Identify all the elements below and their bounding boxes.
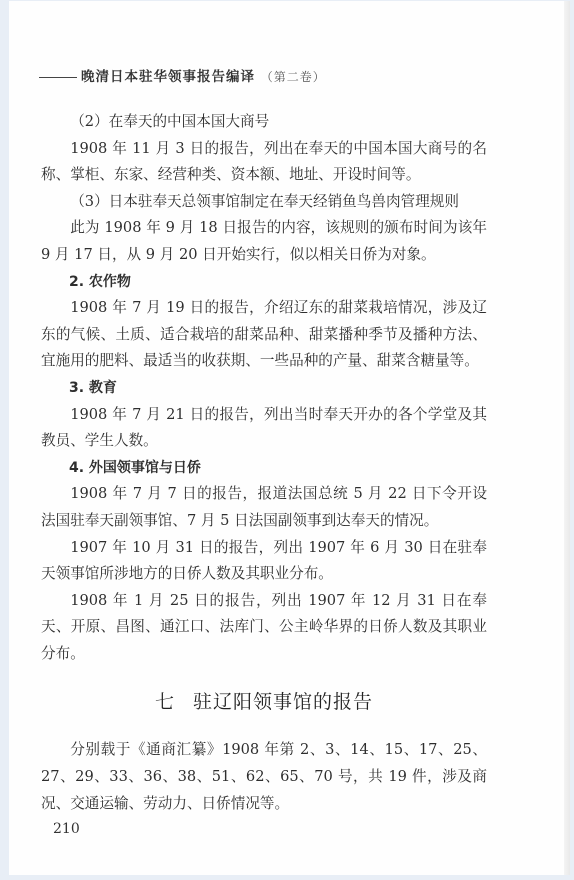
heading-education: 3. 教育 [41, 375, 487, 402]
page-number: 210 [53, 821, 80, 837]
paragraph: 1908 年 1 月 25 日的报告，列出 1907 年 12 月 31 日在奉… [41, 588, 487, 668]
heading-foreign-consulates: 4. 外国领事馆与日侨 [41, 455, 487, 482]
paragraph: 1908 年 7 月 19 日的报告，介绍辽东的甜菜栽培情况，涉及辽东的气候、土… [41, 295, 487, 375]
section-number: 七 [155, 691, 175, 713]
running-head: 晚清日本驻华领事报告编译 （第二卷） [39, 65, 326, 85]
paragraph: 1908 年 7 月 21 日的报告，列出当时奉天开办的各个学堂及其教员、学生人… [41, 402, 487, 455]
paragraph: 此为 1908 年 9 月 18 日报告的内容，该规则的颁布时间为该年 9 月 … [41, 215, 487, 268]
section-title: 七驻辽阳领事馆的报告 [41, 687, 487, 717]
book-page: 晚清日本驻华领事报告编译 （第二卷） （2）在奉天的中国本国大商号 1908 年… [9, 1, 570, 875]
paragraph: 1907 年 10 月 31 日的报告，列出 1907 年 6 月 30 日在驻… [41, 535, 487, 588]
section-title-text: 驻辽阳领事馆的报告 [193, 691, 373, 713]
subhead-2: （2）在奉天的中国本国大商号 [41, 109, 487, 136]
page-edge-shadow [564, 1, 570, 875]
running-head-volume: （第二卷） [261, 70, 326, 84]
paragraph: 分别载于《通商汇纂》1908 年第 2、3、14、15、17、25、27、29、… [41, 737, 487, 817]
paragraph: 1908 年 11 月 3 日的报告，列出在奉天的中国本国大商号的名称、掌柜、东… [41, 136, 487, 189]
heading-crops: 2. 农作物 [41, 269, 487, 296]
paragraph: 1908 年 7 月 7 日的报告，报道法国总统 5 月 22 日下令开设法国驻… [41, 481, 487, 534]
running-head-title: 晚清日本驻华领事报告编译 [81, 69, 255, 85]
subhead-3: （3）日本驻奉天总领事馆制定在奉天经销鱼鸟兽肉管理规则 [41, 189, 487, 216]
running-head-dash [39, 77, 77, 78]
body-text: （2）在奉天的中国本国大商号 1908 年 11 月 3 日的报告，列出在奉天的… [41, 109, 487, 817]
